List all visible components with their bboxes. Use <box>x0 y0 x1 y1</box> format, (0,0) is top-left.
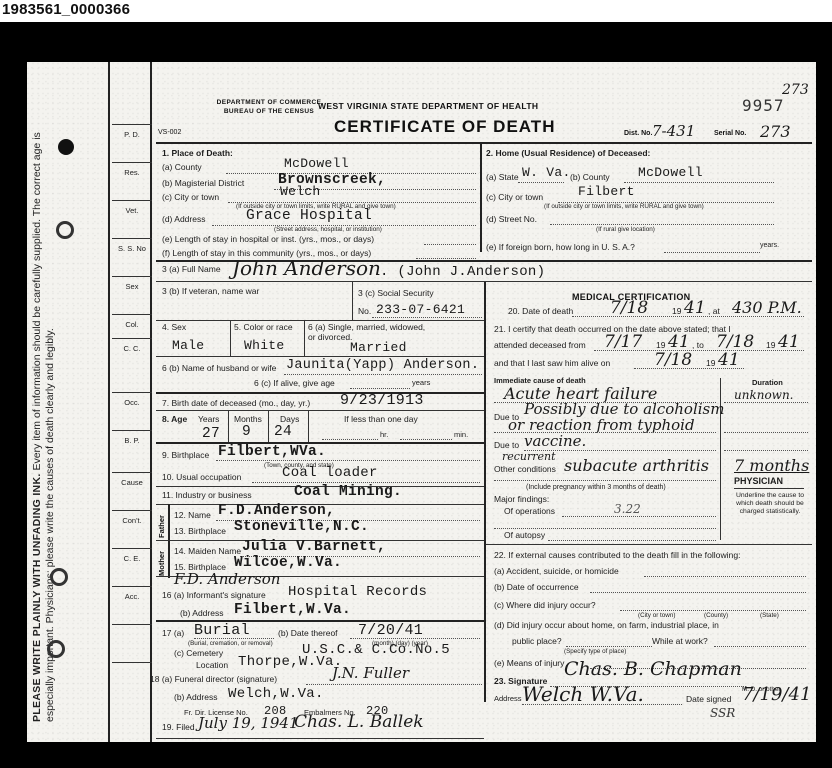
full-name-signature: John Anderson <box>232 256 381 280</box>
stamp-number: 9957 <box>742 96 785 115</box>
punch-hole-ring-icon <box>47 640 65 658</box>
funeral-director-signature: J.N. Fuller <box>332 664 409 682</box>
code-cell-pd: P. D. <box>112 124 152 162</box>
accident-line <box>644 576 806 577</box>
other-line <box>494 480 716 481</box>
birth-rule <box>156 392 484 394</box>
funeral-director-line <box>306 684 482 685</box>
serial-no-label: Serial No. <box>714 130 746 137</box>
medical-divider <box>484 282 486 702</box>
race-divider <box>230 320 231 356</box>
where-note-county: (County) <box>704 612 728 619</box>
mother-name-value: Julia V.Barnett, <box>242 539 386 555</box>
veteran-label: 3 (b) If veteran, name war <box>162 286 259 296</box>
registrar-signature: Chas. L. Ballek <box>294 712 424 732</box>
father-birthplace-value: Stoneville,N.C. <box>234 519 369 535</box>
ss-number: 233-07-6421 <box>376 302 465 317</box>
physician-address-label: Address <box>494 694 522 703</box>
death-year-value: 41 <box>684 298 706 318</box>
header-rule <box>156 142 812 144</box>
death-address-value: Grace Hospital <box>246 208 372 224</box>
filed-date-value: July 19, 1941 <box>198 714 299 732</box>
where-note-city: (City or town) <box>638 612 675 619</box>
ss-label: 3 (c) Social Security <box>358 288 434 298</box>
corner-handwritten-number: 273 <box>782 82 809 98</box>
date-signed-label: Date signed <box>686 694 731 704</box>
place-of-death-title: 1. Place of Death: <box>162 148 233 158</box>
certificate-form: DEPARTMENT OF COMMERCE BUREAU OF THE CEN… <box>154 62 816 742</box>
where-note-state: (State) <box>760 612 779 619</box>
occupation-value: Coal loader <box>282 465 378 481</box>
autopsy-line <box>548 540 716 541</box>
foreign-born-unit: years. <box>760 242 779 249</box>
burial-type-line <box>194 638 274 639</box>
operations-line <box>562 516 716 517</box>
section-divider <box>480 144 482 252</box>
father-birthplace-label: 13. Birthplace <box>174 526 226 536</box>
state-agency-heading: WEST VIRGINIA STATE DEPARTMENT OF HEALTH <box>318 101 538 111</box>
other-condition-value: subacute arthritis <box>564 456 709 475</box>
code-cell-blank <box>112 624 152 662</box>
less-than-day-label: If less than one day <box>344 414 418 424</box>
sex-rule <box>156 320 484 321</box>
burial-date-label: (b) Date thereof <box>278 628 338 638</box>
punch-hole-icon <box>58 139 74 155</box>
image-id-label: 1983561_0000366 <box>2 1 130 18</box>
external-title: 22. If external causes contributed to th… <box>494 550 741 560</box>
age-label: 8. Age <box>162 414 187 424</box>
attended-from-value: 7/17 <box>604 332 642 352</box>
place-note: (Specify type of place) <box>564 648 626 655</box>
occurrence-date-label: (b) Date of occurrence <box>494 582 579 592</box>
funeral-address-label: (b) Address <box>174 692 217 702</box>
birthplace-value: Filbert,WVa. <box>218 444 326 460</box>
code-cell-vet: Vet. <box>112 200 152 238</box>
last-seen-year-prefix: 19 <box>706 358 715 368</box>
death-year-prefix: 19 <box>672 306 681 316</box>
address-label: (d) Address <box>162 214 205 224</box>
burial-type-note: (Burial, cremation, or removal) <box>188 640 273 647</box>
home-county-value: McDowell <box>638 165 703 180</box>
physician-note: Underline the cause to which death shoul… <box>728 492 812 516</box>
form-number: VS-002 <box>158 129 181 136</box>
burial-date-line <box>350 638 480 639</box>
home-state-line <box>518 182 564 183</box>
attended-to-year: 41 <box>778 332 800 352</box>
pregnancy-note: (Include pregnancy within 3 months of de… <box>526 484 666 491</box>
sex-label: 4. Sex <box>162 322 186 332</box>
home-county-label: (b) County <box>570 172 610 182</box>
age-rule <box>156 410 484 411</box>
marital-divider <box>304 320 305 356</box>
foreign-born-label: (e) If foreign born, how long in U. S. A… <box>486 242 635 252</box>
accident-label: (a) Accident, suicide, or homicide <box>494 566 619 576</box>
informant-signature-hand: F.D. Anderson <box>174 570 280 588</box>
margin-instruction-bold: PLEASE WRITE PLAINLY WITH UNFADING INK. <box>31 473 43 722</box>
punch-hole-ring-icon <box>56 221 74 239</box>
father-tag: Father <box>157 515 166 538</box>
days-label: Days <box>280 414 299 424</box>
industry-value: Coal Mining. <box>294 484 402 500</box>
hr-label: hr. <box>380 430 388 439</box>
stay-community-line <box>416 258 476 259</box>
serial-no-value: 273 <box>760 122 791 141</box>
where-label: (c) Where did injury occur? <box>494 600 596 610</box>
foreign-born-line <box>664 252 760 253</box>
father-name-label: 12. Name <box>174 510 211 520</box>
due-to-2-value: vaccine. <box>524 432 586 450</box>
marital-label: 6 (a) Single, married, widowed, <box>308 322 425 332</box>
code-cell-col: Col. <box>112 314 152 338</box>
hours-line <box>322 439 378 440</box>
date-signed-value: 7/19/41 <box>742 684 811 705</box>
due-to-label-2: Due to <box>494 440 519 450</box>
years-label: Years <box>198 414 219 424</box>
minutes-line <box>400 439 452 440</box>
code-cell-res: Res. <box>112 162 152 200</box>
dist-no-value: 7-431 <box>652 122 695 140</box>
duration-label: Duration <box>752 378 783 387</box>
death-city-label: (c) City or town <box>162 192 219 202</box>
stay-hospital-line <box>424 244 476 245</box>
code-cell-bp: B. P. <box>112 430 152 468</box>
location-value: Thorpe,W.Va. <box>238 654 342 670</box>
death-county-value: McDowell <box>284 156 349 171</box>
address-note: (Street address, hospital, or institutio… <box>274 226 382 233</box>
attended-from-year: 41 <box>668 332 690 352</box>
external-rule <box>486 544 812 545</box>
district-label: (b) Magisterial District <box>162 178 244 188</box>
informant-signature-typed: Hospital Records <box>288 584 427 600</box>
physician-address-value: Welch W.Va. <box>522 682 644 706</box>
attended-from-year-prefix: 19 <box>656 340 665 350</box>
ss-line <box>372 317 482 318</box>
mother-tag: Mother <box>157 551 166 576</box>
duration-immediate-value: unknown. <box>734 388 794 402</box>
spouse-line <box>284 374 482 375</box>
last-seen-value: 7/18 <box>654 350 692 370</box>
home-state-label: (a) State <box>486 172 519 182</box>
public-place-line <box>566 646 652 647</box>
autopsy-label: Of autopsy <box>504 530 545 540</box>
industry-label: 11. Industry or business <box>162 490 252 500</box>
bottom-rule <box>156 738 484 739</box>
operations-label: Of operations <box>504 506 555 516</box>
street-label: (d) Street No. <box>486 214 537 224</box>
stay-hospital-label: (e) Length of stay in hospital or inst. … <box>162 234 374 244</box>
last-seen-label: and that I last saw him alive on <box>494 358 610 368</box>
physician-signature: Chas. B. Chapman <box>564 658 742 680</box>
code-cell-cont: Con't. <box>112 510 152 548</box>
duration-line <box>724 402 808 403</box>
marital-value: Married <box>350 340 407 355</box>
dist-no-label: Dist. No. <box>624 130 652 137</box>
home-county-line <box>624 182 774 183</box>
physician-rule <box>734 488 804 489</box>
spouse-rule <box>156 356 484 357</box>
public-place-label: public place? <box>512 636 562 646</box>
code-cell-sex: Sex <box>112 276 152 314</box>
filed-label: 19. Filed <box>162 722 195 732</box>
code-cell-cc: C. C. <box>112 338 152 376</box>
age-years-value: 27 <box>202 426 220 442</box>
race-value: White <box>244 338 285 353</box>
informant-signature-label: 16 (a) Informant's signature <box>162 590 266 600</box>
months-divider <box>228 410 229 442</box>
punch-hole-ring-icon <box>50 568 68 586</box>
birth-date-value: 9/23/1913 <box>340 392 424 409</box>
home-city-label: (c) City or town <box>486 192 543 202</box>
funeral-address-value: Welch,W.Va. <box>228 686 324 702</box>
sex-value: Male <box>172 338 204 353</box>
home-state-value: W. Va. <box>522 165 571 180</box>
father-name-value: F.D.Anderson, <box>218 503 335 519</box>
mother-birthplace-value: Wilcoe,W.Va. <box>234 555 342 571</box>
birthplace-line <box>216 460 480 461</box>
spouse-label: 6 (b) Name of husband or wife <box>162 363 276 373</box>
attended-label: attended deceased from <box>494 340 586 350</box>
burial-label: 17 (a) <box>162 628 184 638</box>
attended-to-value: 7/18 <box>716 332 754 352</box>
ss-no-label: No. <box>358 306 371 316</box>
coding-column: P. D. Res. Vet. S. S. No Sex Col. C. C. … <box>112 62 152 742</box>
address-line-bottom <box>522 704 682 705</box>
ss-divider <box>352 282 353 320</box>
work-label: While at work? <box>652 636 708 646</box>
attended-to-year-prefix: 19 <box>766 340 775 350</box>
place-type-label: (d) Did injury occur about home, on farm… <box>494 620 719 630</box>
full-name-label: 3 (a) Full Name <box>162 264 221 274</box>
other-conditions-label: Other conditions <box>494 464 556 474</box>
death-time-value: 430 P.M. <box>732 298 802 317</box>
clerk-initials: SSR <box>710 706 735 720</box>
code-cell-ce: C. E. <box>112 548 152 586</box>
operations-mark: 3.22 <box>614 502 641 516</box>
parent-tag-divider <box>168 504 170 578</box>
work-line <box>714 646 806 647</box>
burial-type-value: Burial <box>194 622 250 639</box>
informant-address-label: (b) Address <box>180 608 223 618</box>
other-condition-prefix: recurrent <box>502 450 556 463</box>
death-date-value: 7/18 <box>610 298 648 318</box>
code-cell-blank <box>112 662 152 702</box>
major-findings-label: Major findings: <box>494 494 549 504</box>
certificate-title: CERTIFICATE OF DEATH <box>334 117 555 137</box>
duration-line-2 <box>724 432 808 433</box>
code-cell-cause: Cause <box>112 472 152 510</box>
findings-line <box>494 528 716 529</box>
age-months-value: 9 <box>242 424 251 440</box>
code-cell-acc: Acc. <box>112 586 152 624</box>
funeral-director-label: 18 (a) Funeral director (signature) <box>150 674 277 684</box>
months-label: Months <box>234 414 262 424</box>
spouse-value: Jaunita(Yapp) Anderson. <box>286 358 479 373</box>
birthplace-label: 9. Birthplace <box>162 450 209 460</box>
hours-divider <box>308 410 309 442</box>
at-label: , at <box>708 306 720 316</box>
age-days-value: 24 <box>274 424 292 440</box>
occurrence-date-line <box>590 592 806 593</box>
to-label: , to <box>692 340 704 350</box>
street-note: (If rural give location) <box>596 226 655 233</box>
means-label: (e) Means of injury <box>494 658 564 668</box>
days-divider <box>268 410 269 442</box>
cemetery-label: (c) Cemetery <box>174 648 223 658</box>
marital-label-2: or divorced. <box>308 332 352 342</box>
spouse-age-line <box>350 388 410 389</box>
mother-name-label: 14. Maiden Name <box>174 546 241 556</box>
where-line <box>620 610 806 611</box>
street-line <box>550 224 774 225</box>
spouse-age-label: 6 (c) If alive, give age <box>254 378 335 388</box>
county-label: (a) County <box>162 162 202 172</box>
occupation-label: 10. Usual occupation <box>162 472 241 482</box>
home-city-note: (If outside city or town limits, write R… <box>544 203 704 210</box>
death-date-label: 20. Date of death <box>508 306 573 316</box>
burial-date-value: 7/20/41 <box>358 622 423 639</box>
last-seen-year: 41 <box>718 350 740 370</box>
physician-label: PHYSICIAN <box>734 476 783 486</box>
min-label: min. <box>454 430 468 439</box>
margin-instruction-rest: Every item of information should be care… <box>31 132 43 473</box>
race-label: 5. Color or race <box>234 322 293 332</box>
location-label: Location <box>196 660 228 670</box>
code-cell-occ: Occ. <box>112 392 152 430</box>
occupation-line <box>252 482 480 483</box>
full-name-typed: . (John J.Anderson) <box>380 264 545 280</box>
home-city-value: Filbert <box>578 184 635 199</box>
code-cell-ssno: S. S. No <box>112 238 152 276</box>
home-title: 2. Home (Usual Residence) of Deceased: <box>486 148 650 158</box>
birth-date-label: 7. Birth date of deceased (mo., day, yr.… <box>162 398 310 408</box>
spouse-age-unit: years <box>412 378 430 387</box>
duration-line-3 <box>724 450 808 451</box>
informant-address-value: Filbert,W.Va. <box>234 602 351 618</box>
death-city-value: Welch <box>280 184 321 199</box>
duration-other-value: 7 months <box>734 456 809 475</box>
